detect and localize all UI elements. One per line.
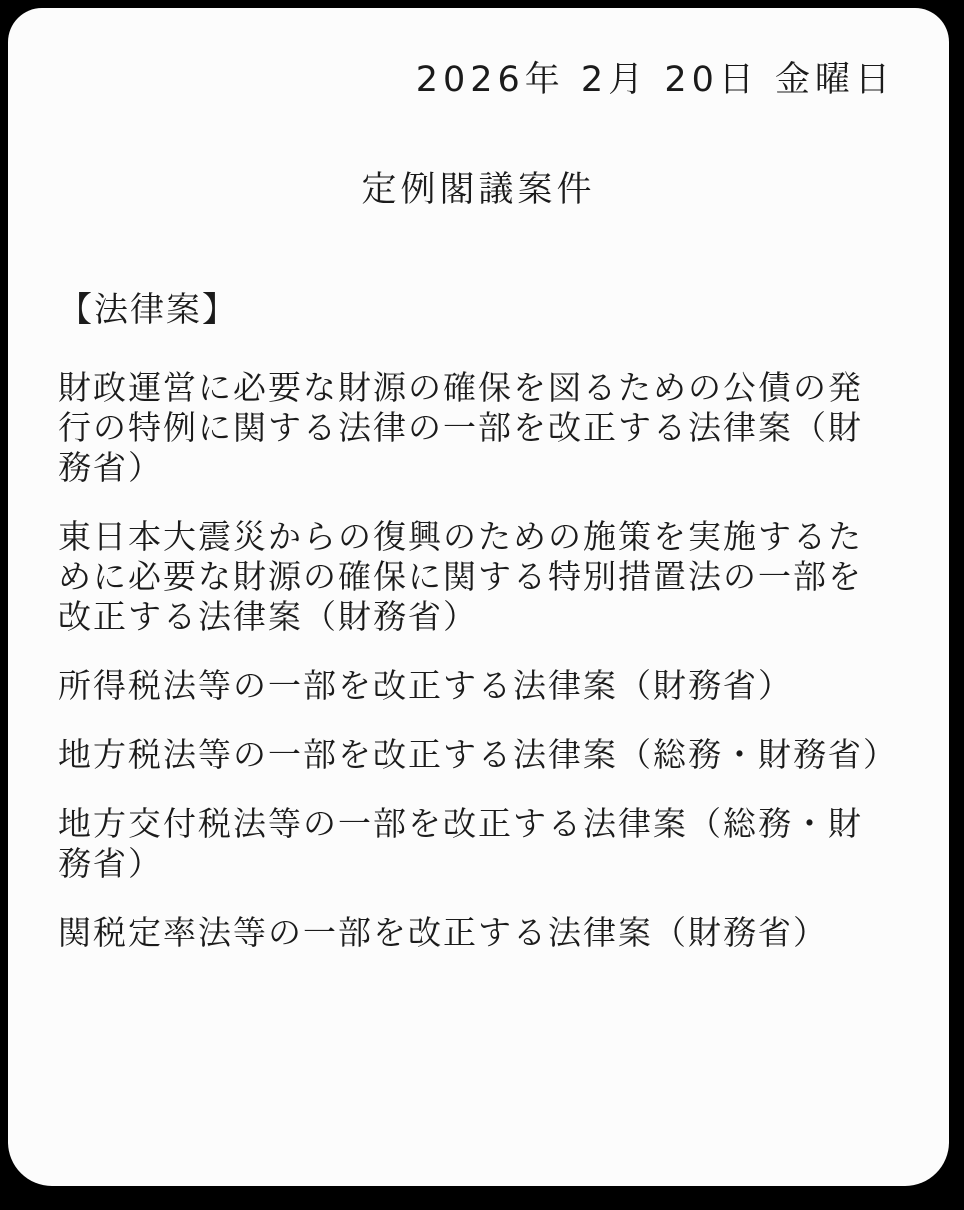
agenda-item: 所得税法等の一部を改正する法律案（財務省） [58, 666, 886, 706]
agenda-list: 財政運営に必要な財源の確保を図るための公債の発行の特例に関する法律の一部を改正す… [58, 368, 899, 953]
section-heading-bills: 【法律案】 [58, 282, 899, 331]
agenda-item: 地方税法等の一部を改正する法律案（総務・財務省） [58, 735, 886, 775]
agenda-item: 関税定率法等の一部を改正する法律案（財務省） [58, 913, 886, 953]
document-title: 定例閣議案件 [58, 162, 899, 212]
agenda-item: 財政運営に必要な財源の確保を図るための公債の発行の特例に関する法律の一部を改正す… [58, 368, 886, 488]
document-paper: 2026年 2月 20日 金曜日 定例閣議案件 【法律案】 財政運営に必要な財源… [8, 8, 949, 1186]
page-background: { "document": { "date": "2026年 2月 20日 金曜… [0, 0, 964, 1210]
agenda-item: 地方交付税法等の一部を改正する法律案（総務・財務省） [58, 804, 886, 884]
agenda-item: 東日本大震災からの復興のための施策を実施するために必要な財源の確保に関する特別措… [58, 517, 886, 637]
document-date: 2026年 2月 20日 金曜日 [58, 52, 899, 102]
